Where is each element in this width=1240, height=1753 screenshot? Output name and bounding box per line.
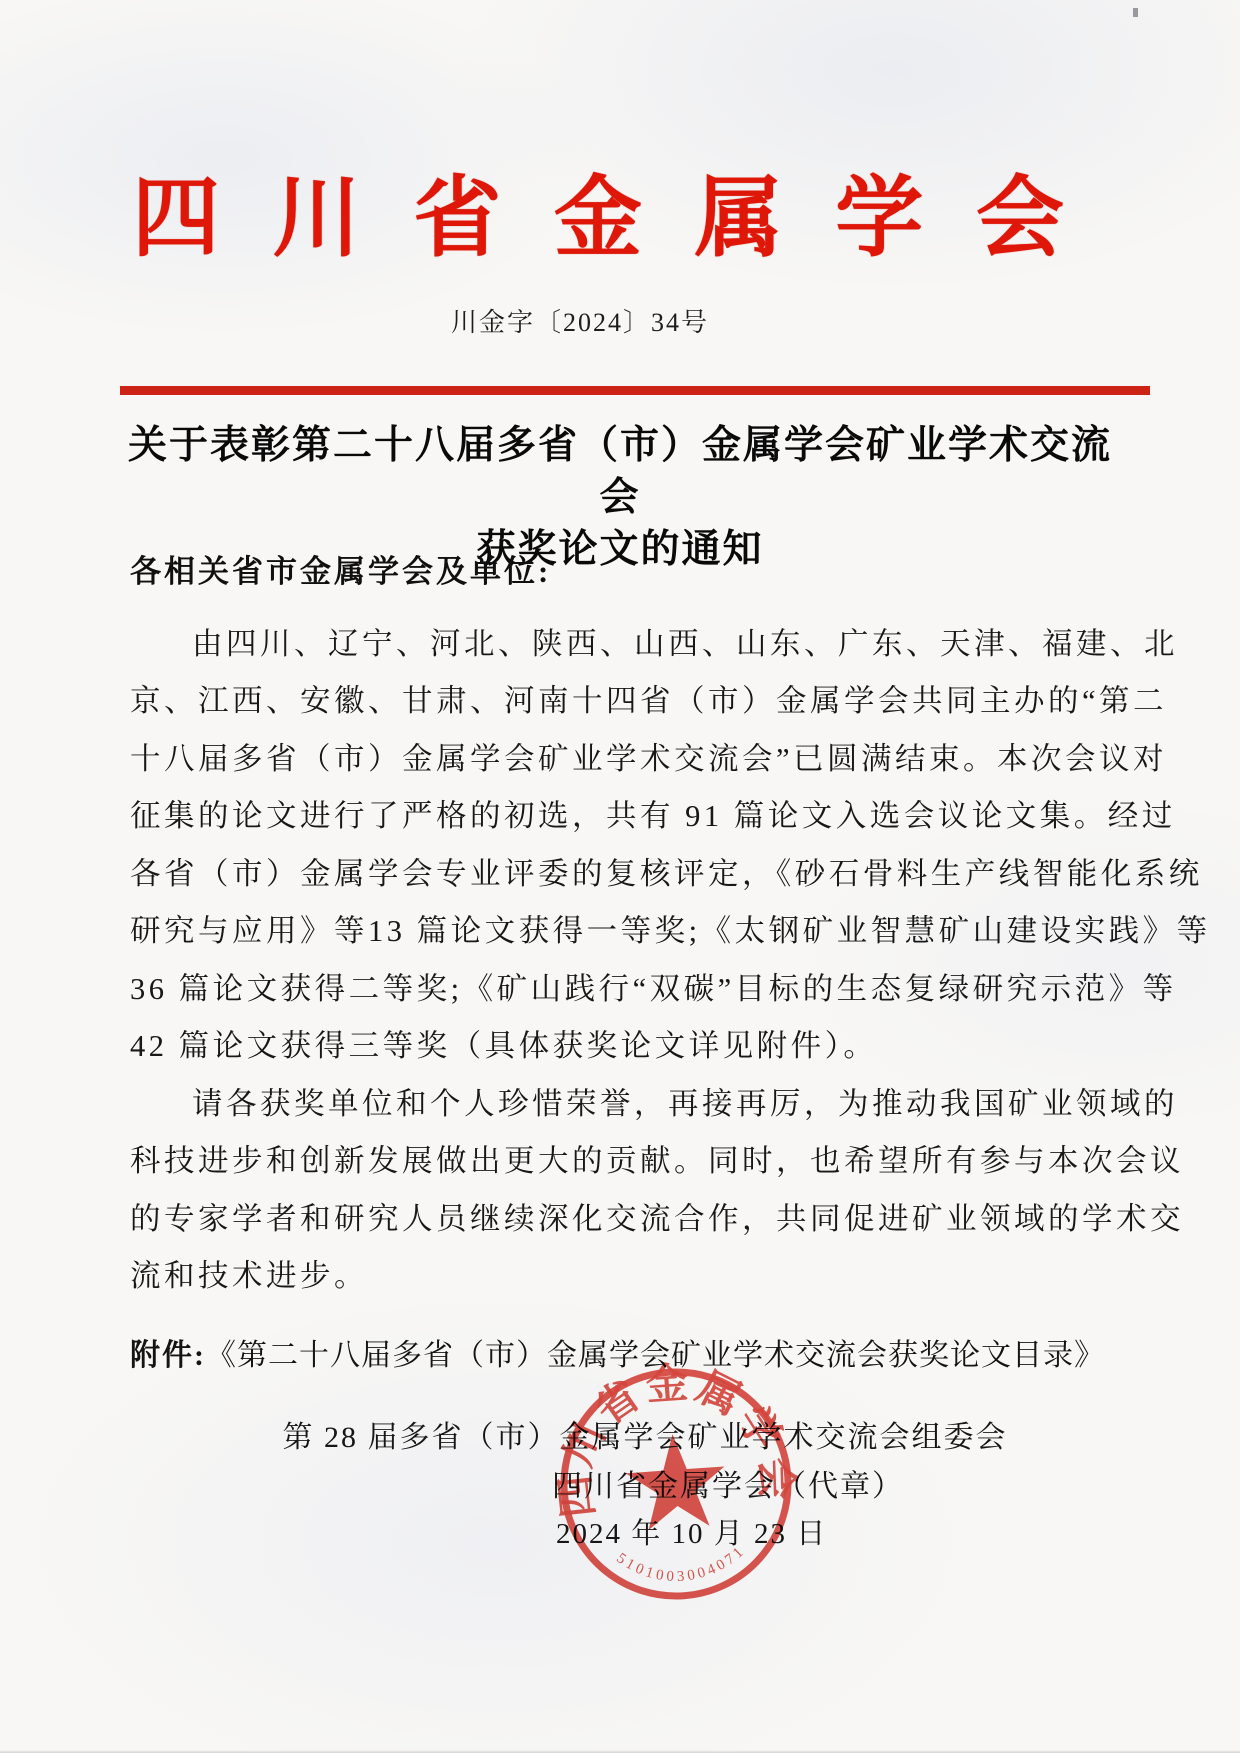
body-text: 由四川、辽宁、河北、陕西、山西、山东、广东、天津、福建、北 京、江西、安徽、甘肃… bbox=[130, 612, 1160, 1302]
body-line: 的专家学者和研究人员继续深化交流合作，共同促进矿业领域的学术交 bbox=[130, 1187, 1160, 1245]
org-name-char: 省 bbox=[413, 176, 501, 264]
body-line: 流和技术进步。 bbox=[130, 1245, 1160, 1303]
scanned-document-page: 四 川 省 金 属 学 会 川金字〔2024〕34号 关于表彰第二十八届多省（市… bbox=[0, 0, 1240, 1753]
seal-star-icon bbox=[623, 1431, 728, 1532]
org-name-header: 四 川 省 金 属 学 会 bbox=[132, 168, 1064, 272]
body-line: 京、江西、安徽、甘肃、河南十四省（市）金属学会共同主办的“第二 bbox=[130, 670, 1160, 728]
body-line: 42 篇论文获得三等奖（具体获奖论文详见附件）。 bbox=[130, 1015, 1160, 1073]
body-line: 36 篇论文获得二等奖;《矿山践行“双碳”目标的生态复绿研究示范》等 bbox=[130, 957, 1160, 1015]
scan-speck bbox=[1133, 8, 1138, 17]
body-line: 科技进步和创新发展做出更大的贡献。同时，也希望所有参与本次会议 bbox=[130, 1130, 1160, 1188]
doc-number: 川金字〔2024〕34号 bbox=[330, 302, 830, 339]
body-line: 征集的论文进行了严格的初选，共有 91 篇论文入选会议论文集。经过 bbox=[130, 785, 1160, 843]
attachment-label: 附件: bbox=[130, 1339, 206, 1372]
doc-title-line-1: 关于表彰第二十八届多省（市）金属学会矿业学术交流会 bbox=[120, 420, 1120, 524]
body-line: 研究与应用》等13 篇论文获得一等奖;《太钢矿业智慧矿山建设实践》等 bbox=[130, 900, 1160, 958]
salutation: 各相关省市金属学会及单位: bbox=[130, 546, 1030, 591]
red-divider-rule bbox=[120, 386, 1150, 395]
org-name-char: 四 bbox=[132, 176, 220, 264]
org-name-char: 金 bbox=[554, 176, 642, 264]
official-seal: 四川省金属学会 5101003004071 bbox=[544, 1352, 809, 1617]
org-name-char: 会 bbox=[976, 176, 1064, 264]
body-line: 请各获奖单位和个人珍惜荣誉，再接再厉，为推动我国矿业领域的 bbox=[130, 1072, 1160, 1130]
org-name-char: 学 bbox=[835, 176, 923, 264]
body-line: 十八届多省（市）金属学会矿业学术交流会”已圆满结束。本次会议对 bbox=[130, 727, 1160, 785]
org-name-char: 属 bbox=[695, 176, 783, 264]
body-line: 各省（市）金属学会专业评委的复核评定，《砂石骨料生产线智能化系统 bbox=[130, 842, 1160, 900]
body-line: 由四川、辽宁、河北、陕西、山西、山东、广东、天津、福建、北 bbox=[130, 612, 1160, 670]
org-name-char: 川 bbox=[273, 176, 361, 264]
